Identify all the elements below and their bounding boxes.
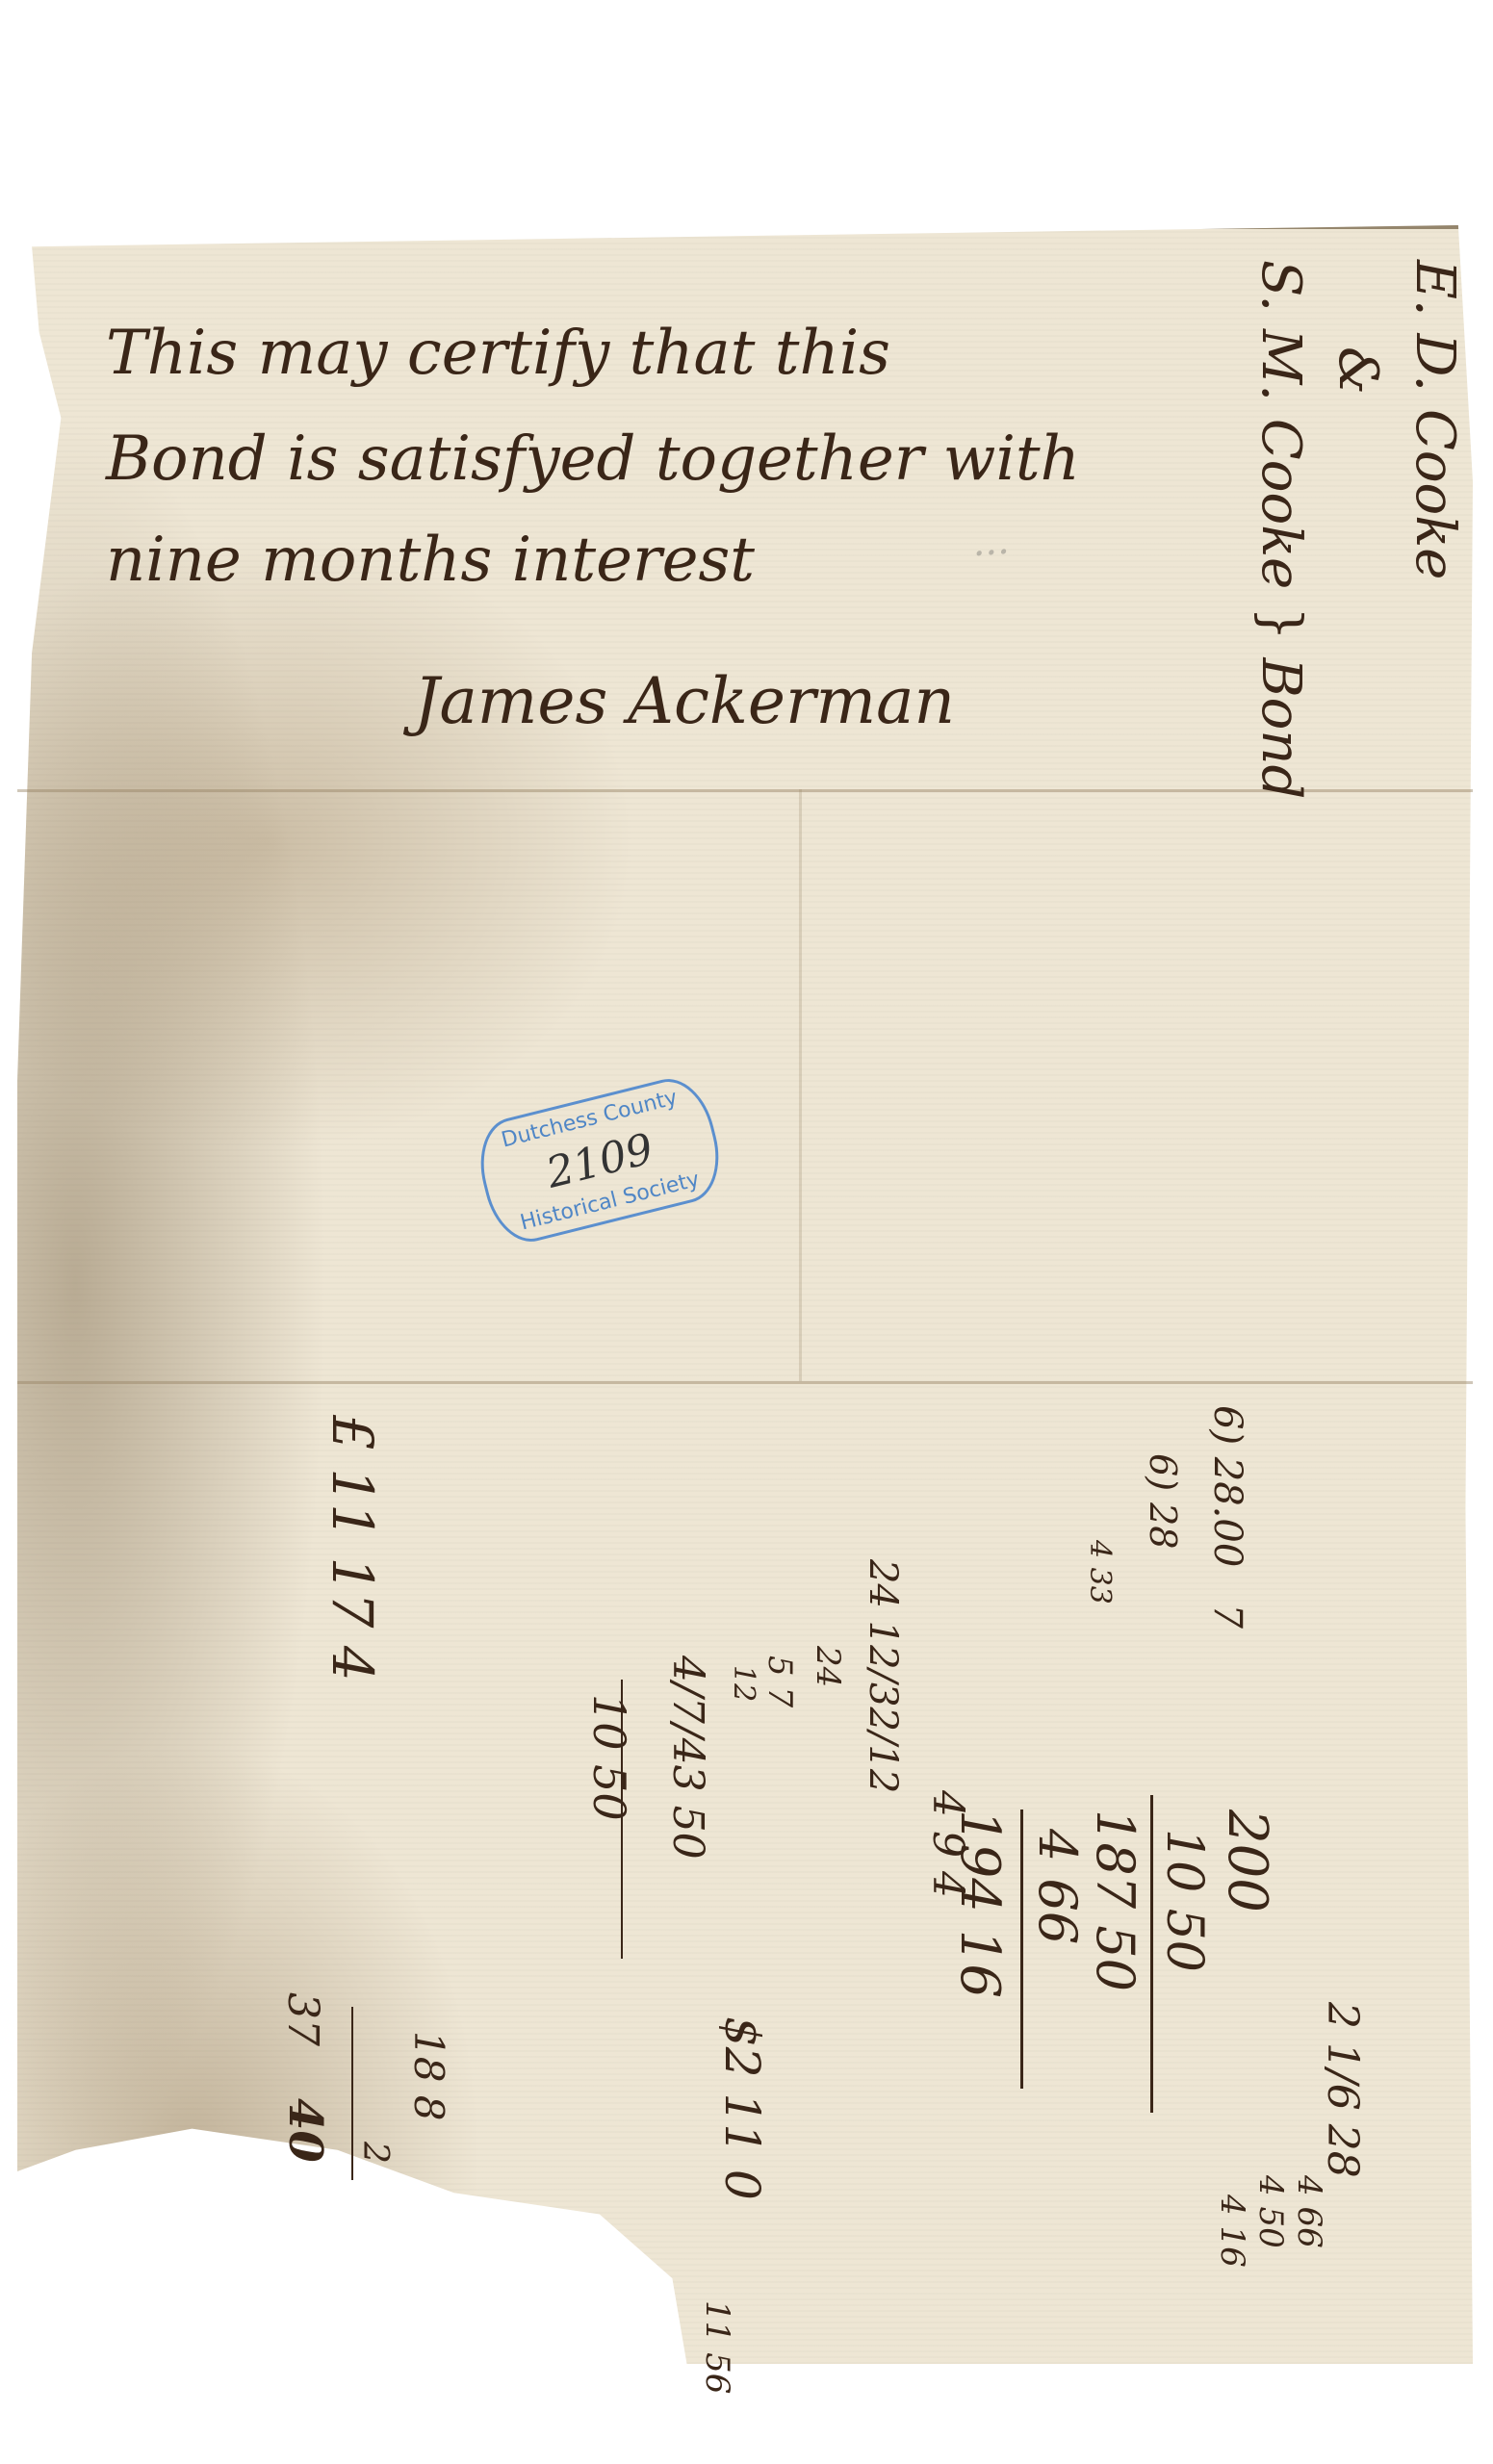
middle-column-3: 5 7 [760, 1655, 799, 1707]
mid-fragment: 4 9 4 [923, 1790, 972, 1898]
dividend: 28.00 [1205, 1457, 1249, 1568]
marginal-sum: £ 11 17 4 [320, 1415, 385, 1681]
sum-column: 200 [1213, 1809, 1280, 1912]
docket: E. D. Cooke & S. M. Cooke } Bond [1242, 260, 1473, 799]
division-2-result: 4 33 [1083, 1540, 1117, 1604]
bottom-left-sub: 2 [355, 2142, 395, 2164]
bottom-left-line-1: 37 [278, 1992, 327, 2046]
signature: James Ackerman [414, 664, 955, 738]
bottom-left-right: 18 8 [405, 2031, 452, 2121]
divisor: 6 [1205, 1405, 1249, 1429]
docket-line-2: & [1319, 260, 1396, 799]
middle-column-2: 24 [809, 1646, 847, 1687]
certification-line-3: nine months interest [106, 525, 755, 596]
division-1: 6) 28.00 7 [1203, 1405, 1251, 1629]
docket-line-3: S. M. Cooke } Bond [1242, 260, 1319, 799]
docket-label: Bond [1249, 658, 1312, 800]
division-2: 6) 28 [1142, 1453, 1184, 1549]
rule-line [1020, 1809, 1023, 2089]
small-column-3: 4 16 [1213, 2194, 1251, 2268]
fraction-note: 2 1/6 28 [1318, 2002, 1367, 2178]
rule-line [351, 2007, 353, 2180]
certification-line-2: Bond is satisfyed together with [106, 423, 1080, 495]
bottom-center-amount: $2 11 0 [714, 2016, 770, 2200]
middle-column-5: 4/7/43 50 [663, 1655, 712, 1860]
certification-line-1: This may certify that this [106, 318, 890, 389]
sum-item: 10 50 [1155, 1829, 1213, 1972]
side-note: 7 [1205, 1604, 1249, 1628]
bottom-edge-figure: 11 56 [698, 2300, 736, 2394]
dividend: 28 [1142, 1502, 1184, 1549]
middle-column-4: 12 [727, 1665, 760, 1702]
bottom-left-line-2: 40 [278, 2098, 332, 2163]
small-column-1: 4 66 [1290, 2175, 1328, 2248]
fold-line-vertical [799, 789, 802, 1381]
docket-name: S. M. Cooke [1249, 260, 1312, 589]
divisor: 6 [1142, 1453, 1184, 1476]
sum-item: 4 66 [1027, 1829, 1088, 1944]
middle-column-6: 10 50 [583, 1694, 635, 1821]
small-column-2: 4 50 [1251, 2175, 1290, 2248]
docket-line-1: E. D. Cooke [1396, 260, 1473, 799]
sum-item: 187 50 [1085, 1809, 1145, 1991]
middle-column-1: 24 12/32/12 [861, 1559, 905, 1793]
sum-item: 200 [1213, 1809, 1280, 1912]
faint-offset-text: ... [970, 519, 1010, 566]
rule-line [621, 1680, 623, 1959]
rule-line [1150, 1795, 1153, 2113]
fold-line [17, 1381, 1473, 1384]
